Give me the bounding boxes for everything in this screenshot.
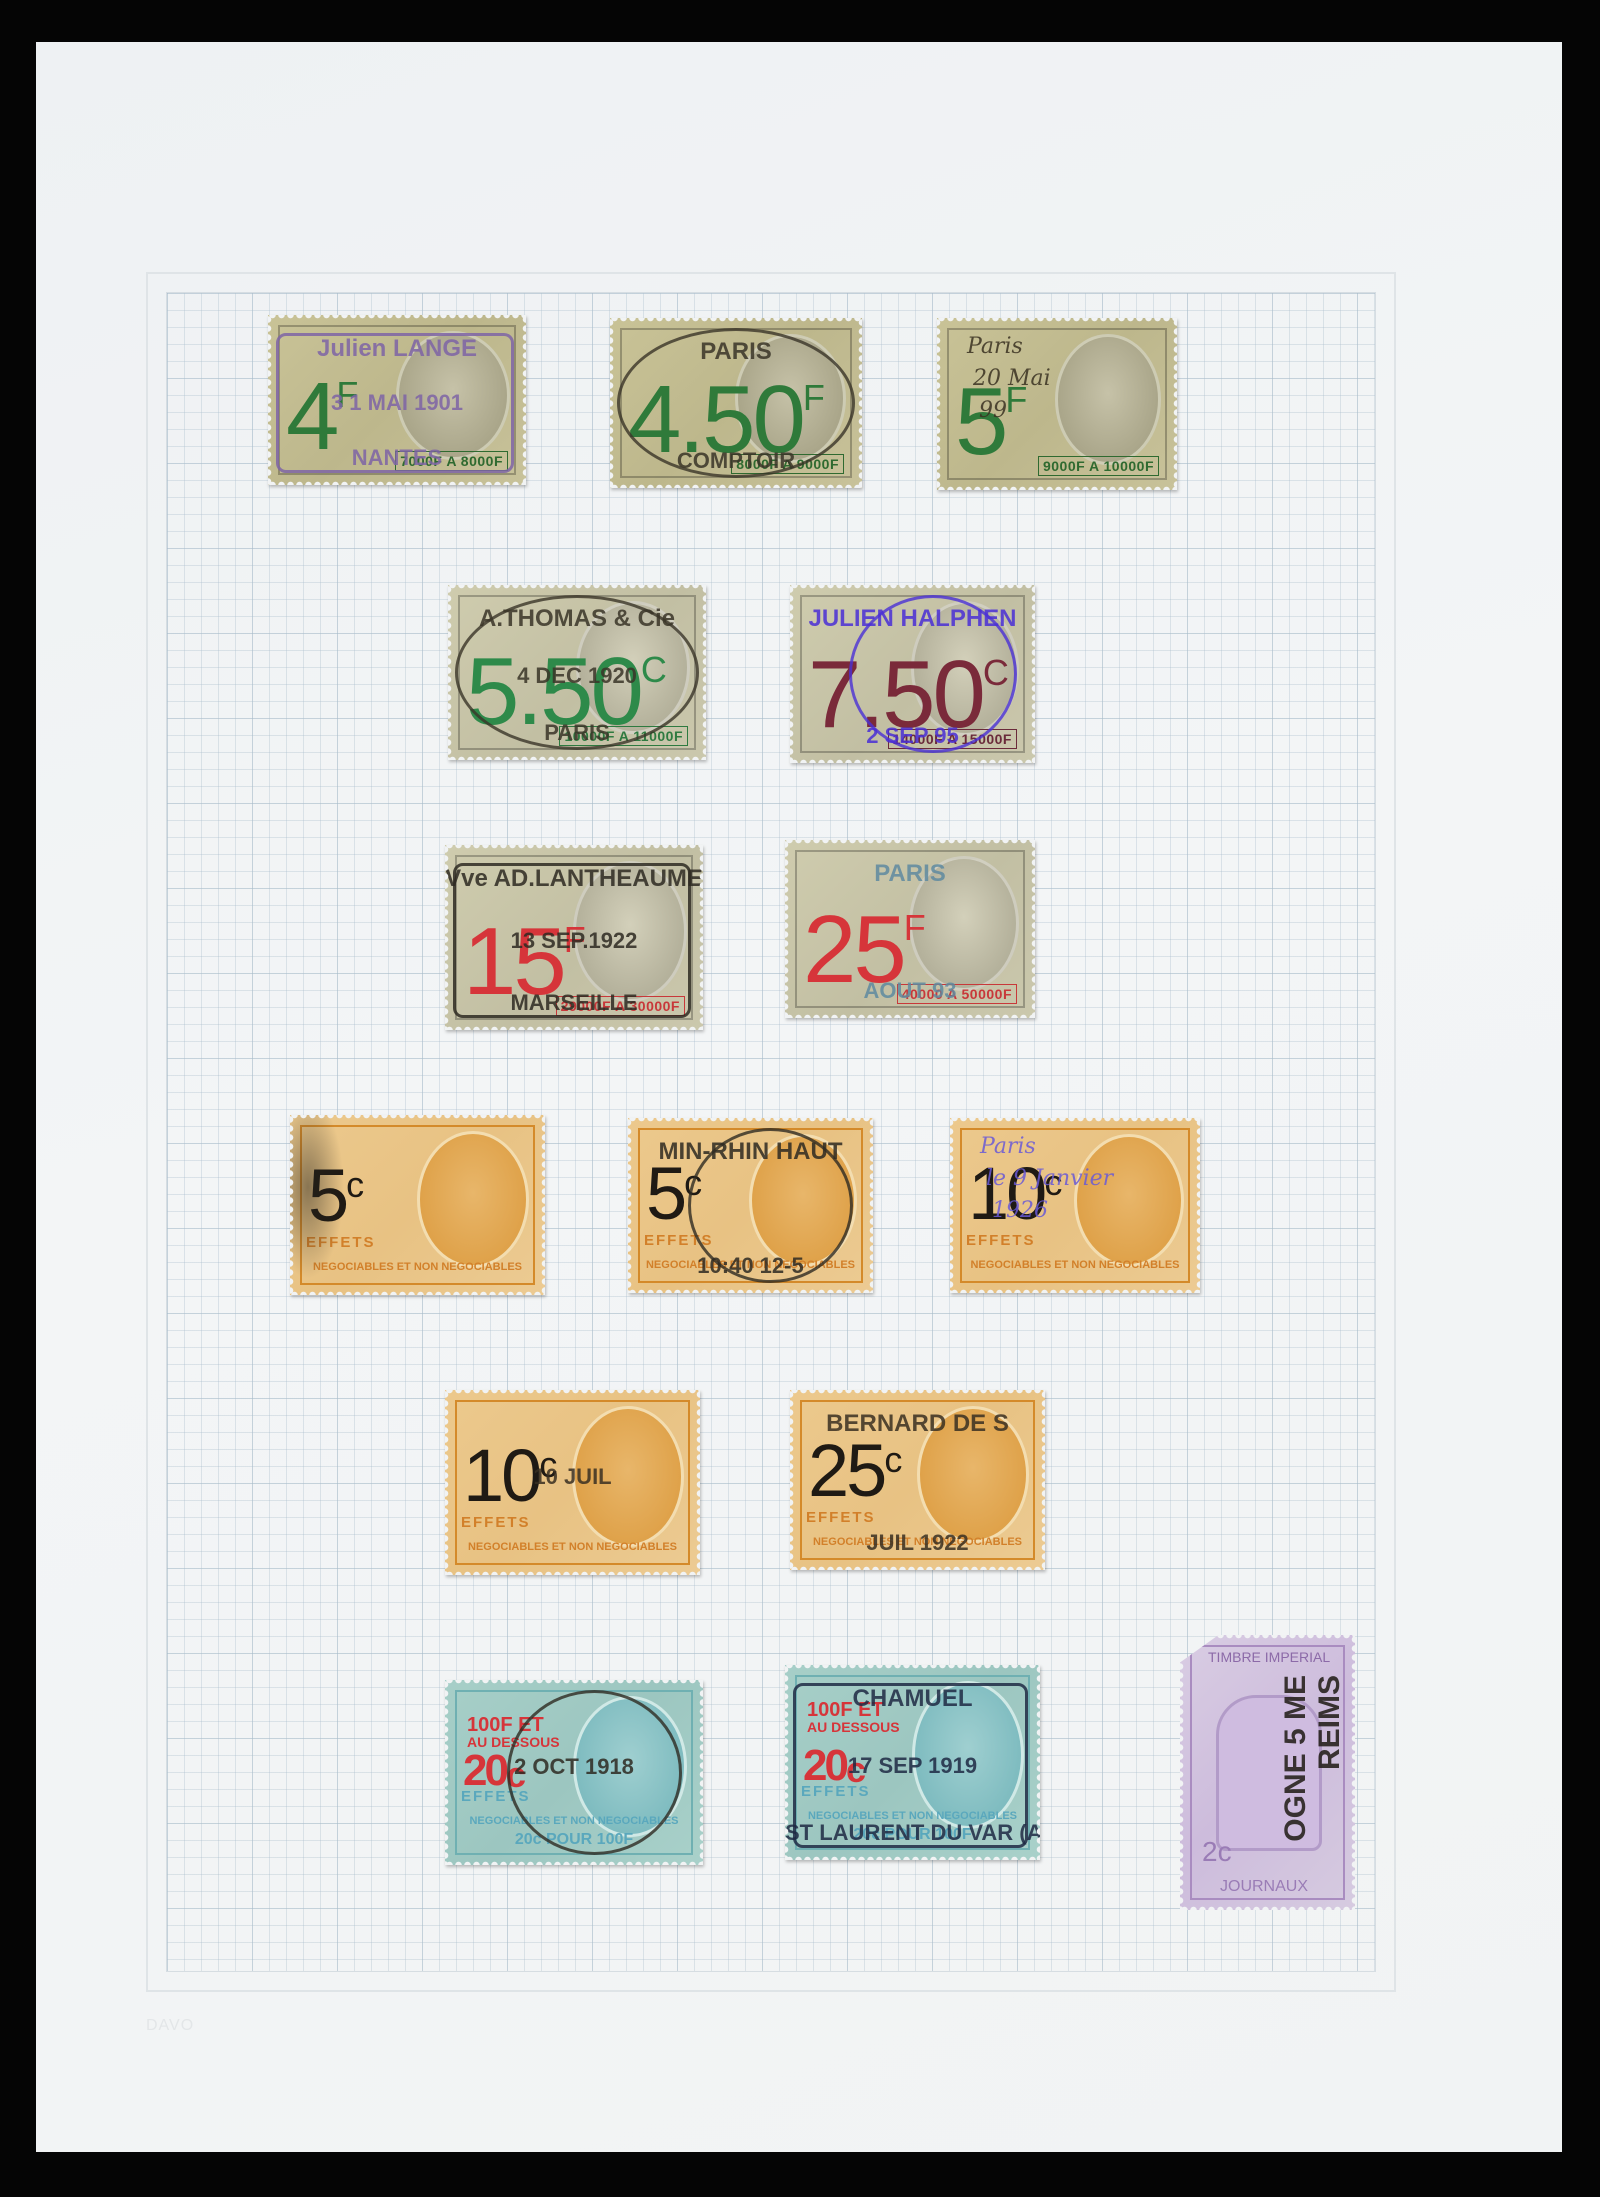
ink-smudge xyxy=(290,1115,350,1295)
postmark-cancellation xyxy=(455,595,699,750)
medallion-portrait xyxy=(1055,334,1161,465)
medallion-portrait xyxy=(917,1406,1029,1543)
stamp-r6c2: 20cEFFETSNEGOCIABLES ET NON NEGOCIABLES2… xyxy=(785,1665,1040,1860)
stamp-value: 5F xyxy=(955,374,1027,470)
postmark-cancellation xyxy=(617,328,855,478)
stamp-value: 10c xyxy=(463,1439,557,1513)
stamp-r2c1: 5.50C10000F A 11000FA.THOMAS & Cie4 DEC … xyxy=(448,585,706,760)
album-imprint: DAVO xyxy=(146,2017,194,2035)
stamp-r5c1: 10cEFFETSNEGOCIABLES ET NON NEGOCIABLES1… xyxy=(445,1390,700,1575)
box-cancellation xyxy=(276,333,514,473)
value-range-tablet: 9000F A 10000F xyxy=(1038,456,1159,476)
value-range-tablet: 40000 A 50000F xyxy=(897,984,1017,1004)
negociables-label: NEGOCIABLES ET NON NEGOCIABLES xyxy=(962,1259,1188,1271)
stamp-r6c3: TIMBRE IMPERIAL2cJOURNAUXREIMSOGNE 5 ME xyxy=(1180,1635,1355,1910)
negociables-label: NEGOCIABLES ET NON NEGOCIABLES xyxy=(802,1536,1033,1548)
box-cancellation xyxy=(793,1683,1028,1848)
stamp-value: 10c xyxy=(968,1157,1062,1231)
stamp-r4c2: 5cEFFETSNEGOCIABLES ET NON NEGOCIABLESMI… xyxy=(628,1118,873,1293)
medallion-portrait xyxy=(417,1131,529,1268)
stamp-r1c2: 4.50F8000F A 9000FPARISCOMPTOIR xyxy=(610,318,862,488)
stamp-r4c1: 5cEFFETSNEGOCIABLES ET NON NEGOCIABLES xyxy=(290,1115,545,1295)
negociables-label: NEGOCIABLES ET NON NEGOCIABLES xyxy=(457,1541,688,1553)
stamp-r3c2: 25F40000 A 50000FPARISAOUT 93 xyxy=(785,840,1035,1018)
stamp-r6c1: 20cEFFETSNEGOCIABLES ET NON NEGOCIABLES2… xyxy=(445,1680,703,1865)
stamp-r1c3: 5F9000F A 10000FParis20 Mai99 xyxy=(937,318,1177,490)
stamp-value: 25c xyxy=(808,1434,902,1508)
stamp-r4c3: 10cEFFETSNEGOCIABLES ET NON NEGOCIABLESP… xyxy=(950,1118,1200,1293)
postmark-cancellation xyxy=(507,1690,682,1855)
medallion-portrait xyxy=(1074,1134,1184,1267)
stamp-r1c1: 4F7000F A 8000FJulien LANGE3 1 MAI 1901N… xyxy=(268,315,526,485)
stamp-r5c2: 25cEFFETSNEGOCIABLES ET NON NEGOCIABLESB… xyxy=(790,1390,1045,1570)
stamp-r2c2: 7.50C14000F A 15000FJULIEN HALPHEN2 SEP … xyxy=(790,585,1035,763)
postmark-cancellation xyxy=(849,595,1017,753)
imperial-crest-icon xyxy=(1216,1695,1322,1851)
stamp-r3c1: 15F29000F A 30000FVve AD.LANTHEAUME13 SE… xyxy=(445,845,703,1030)
medallion-portrait xyxy=(572,1406,684,1547)
box-cancellation xyxy=(453,863,691,1018)
postmark-cancellation xyxy=(688,1128,853,1283)
